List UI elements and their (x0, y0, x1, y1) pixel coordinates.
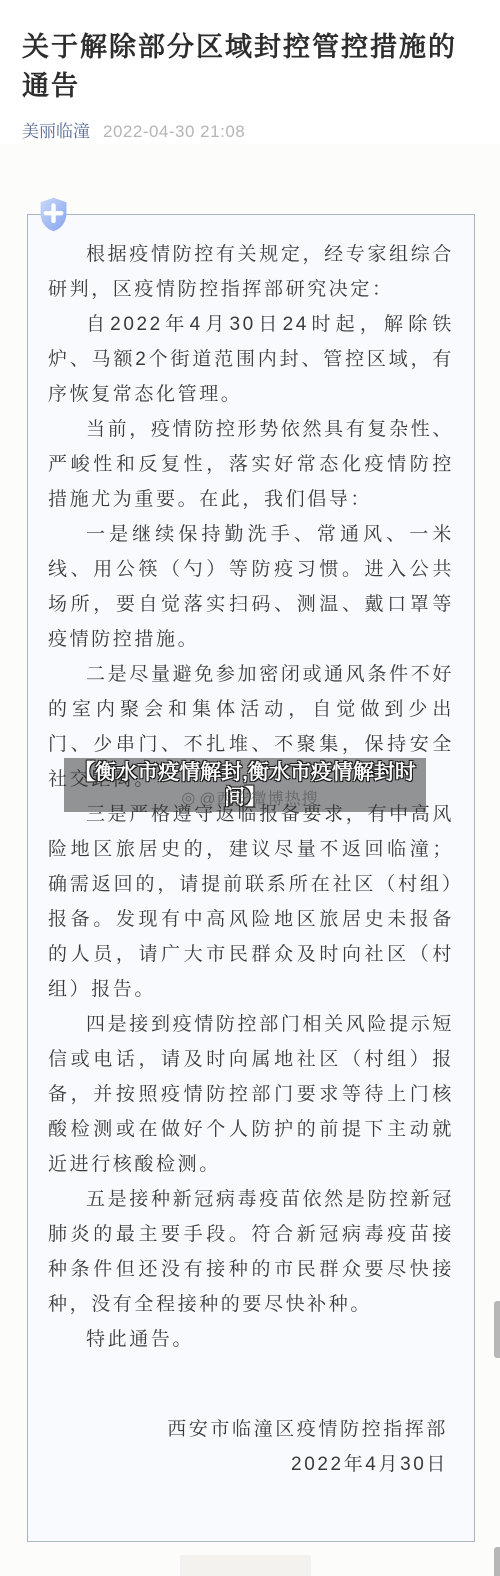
notice-paragraph: 一是继续保持勤洗手、常通风、一米线、用公筷（勺）等防疫习惯。进入公共场所，要自觉… (48, 517, 454, 657)
notice-paragraph: 特此通告。 (48, 1322, 454, 1357)
page-title: 关于解除部分区域封控管控措施的通告 (22, 28, 478, 106)
author-link[interactable]: 美丽临潼 (22, 120, 90, 144)
signature-date: 2022年4月30日 (48, 1447, 448, 1482)
notice-paragraph: 五是接种新冠病毒疫苗依然是防控新冠肺炎的最主要手段。符合新冠病毒疫苗接种条件但还… (48, 1182, 454, 1322)
article-page: { "article": { "title": "关于解除部分区域封控管控措施的… (0, 0, 500, 1576)
notice-paragraph: 自2022年4月30日24时起，解除铁炉、马额2个街道范围内封、管控区域，有序恢… (48, 307, 454, 412)
article-header: 关于解除部分区域封控管控措施的通告 美丽临潼 2022-04-30 21:08 (0, 0, 500, 144)
article-meta: 美丽临潼 2022-04-30 21:08 (22, 120, 478, 144)
scrollbar-thumb[interactable] (494, 1301, 500, 1358)
watermark: ◎ @西安微博热搜 (181, 786, 318, 809)
signature-issuer: 西安市临潼区疫情防控指挥部 (48, 1412, 448, 1447)
notice-paragraph: 当前，疫情防控形势依然具有复杂性、严峻性和反复性，落实好常态化疫情防控措施尤为重… (48, 412, 454, 517)
notice-paragraph: 三是严格遵守返临报备要求，有中高风险地区旅居史的，建议尽量不返回临潼；确需返回的… (48, 797, 454, 1007)
notice-signature-block: 西安市临潼区疫情防控指挥部 2022年4月30日 (48, 1412, 454, 1482)
shield-plus-icon (38, 196, 69, 233)
notice-card: 根据疫情防控有关规定，经专家组综合研判，区疫情防控指挥部研究决定：自2022年4… (27, 214, 475, 1542)
watermark-text: @西安微博热搜 (199, 786, 318, 809)
notice-paragraph: 四是接到疫情防控部门相关风险提示短信或电话，请及时向属地社区（村组）报备，并按照… (48, 1007, 454, 1182)
watermark-camera-icon: ◎ (181, 788, 196, 808)
scrollbar-thumb[interactable] (494, 1547, 500, 1576)
publish-timestamp: 2022-04-30 21:08 (103, 120, 245, 144)
notice-paragraph: 根据疫情防控有关规定，经专家组综合研判，区疫情防控指挥部研究决定： (48, 237, 454, 307)
bottom-ghost-block (180, 1555, 311, 1576)
